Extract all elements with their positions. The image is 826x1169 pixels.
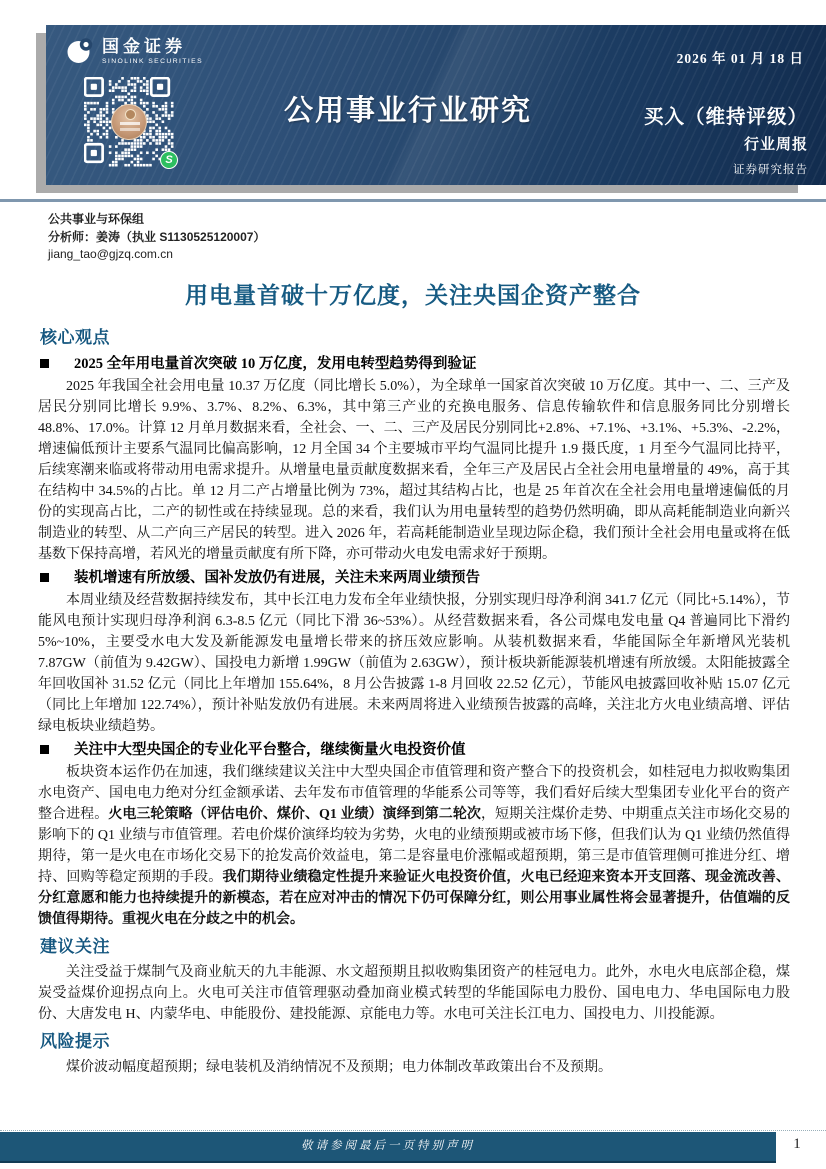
analyst-name: 分析师：姜涛（执业 S1130525120007） xyxy=(48,229,265,247)
analyst-group: 公共事业与环保组 xyxy=(48,211,265,229)
core-item-3-seg-2-bold: 火电三轮策略（评估电价、煤价、Q1 业绩）演绎到第二轮次 xyxy=(108,807,481,822)
suggest-body: 关注受益于煤制气及商业航天的九丰能源、水文超预期且拟收购集团资产的桂冠电力。此外… xyxy=(38,962,790,1025)
section-heading-core: 核心观点 xyxy=(40,323,790,348)
report-title: 用电量首破十万亿度，关注央国企资产整合 xyxy=(0,277,826,310)
core-item-1-body: 2025 年我国全社会用电量 10.37 万亿度（同比增长 5.0%），为全球单… xyxy=(38,376,790,565)
bullet-square-icon xyxy=(40,359,49,368)
core-item-2-body: 本周业绩及经营数据持续发布，其中长江电力发布全年业绩快报，分别实现归母净利润 3… xyxy=(38,590,790,737)
report-type: 行业周报 xyxy=(744,133,808,154)
core-item-3-title-text: 关注中大型央国企的专业化平台整合，继续衡量火电投资价值 xyxy=(74,739,466,761)
rating-badge: 买入（维持评级） xyxy=(644,101,808,129)
logo-en-text: SINOLINK SECURITIES xyxy=(102,58,203,65)
section-heading-risk: 风险提示 xyxy=(40,1027,790,1052)
core-item-1-title-text: 2025 全年用电量首次突破 10 万亿度，发用电转型趋势得到验证 xyxy=(74,353,476,375)
header-separator xyxy=(0,199,826,202)
core-item-3-title: 关注中大型央国企的专业化平台整合，继续衡量火电投资价值 xyxy=(40,739,790,761)
header-banner: 国金证券 SINOLINK SECURITIES S 公用事业行业研究 2026… xyxy=(46,25,826,185)
page-number: 1 xyxy=(782,1136,812,1153)
logo-cn-text: 国金证券 xyxy=(102,38,203,56)
report-content: 核心观点 2025 全年用电量首次突破 10 万亿度，发用电转型趋势得到验证 2… xyxy=(38,323,790,1080)
report-page: 国金证券 SINOLINK SECURITIES S 公用事业行业研究 2026… xyxy=(0,0,826,1169)
bullet-square-icon xyxy=(40,745,49,754)
footer-disclaimer-bar: 敬请参阅最后一页特别声明 xyxy=(0,1132,776,1163)
risk-body: 煤价波动幅度超预期；绿电装机及消纳情况不及预期；电力体制改革政策出台不及预期。 xyxy=(38,1057,790,1078)
report-date: 2026 年 01 月 18 日 xyxy=(677,47,804,67)
report-label: 证券研究报告 xyxy=(733,161,808,177)
wechat-pay-icon: S xyxy=(160,151,178,169)
analyst-email: jiang_tao@gjzq.com.cn xyxy=(48,246,265,264)
analyst-block: 公共事业与环保组 分析师：姜涛（执业 S1130525120007） jiang… xyxy=(48,211,265,264)
section-heading-suggest: 建议关注 xyxy=(40,932,790,957)
core-item-2-title: 装机增速有所放缓、国补发放仍有进展，关注未来两周业绩预告 xyxy=(40,567,790,589)
sinolink-logo: 国金证券 SINOLINK SECURITIES xyxy=(66,38,203,65)
footer-disclaimer-text: 敬请参阅最后一页特别声明 xyxy=(301,1140,475,1152)
sinolink-logo-icon xyxy=(66,38,93,65)
core-item-2-title-text: 装机增速有所放缓、国补发放仍有进展，关注未来两周业绩预告 xyxy=(74,567,480,589)
core-item-1-title: 2025 全年用电量首次突破 10 万亿度，发用电转型趋势得到验证 xyxy=(40,353,790,375)
footer-rule xyxy=(0,1130,826,1131)
core-item-3-body: 板块资本运作仍在加速，我们继续建议关注中大型央国企市值管理和资产整合下的投资机会… xyxy=(38,762,790,930)
bullet-square-icon xyxy=(40,573,49,582)
